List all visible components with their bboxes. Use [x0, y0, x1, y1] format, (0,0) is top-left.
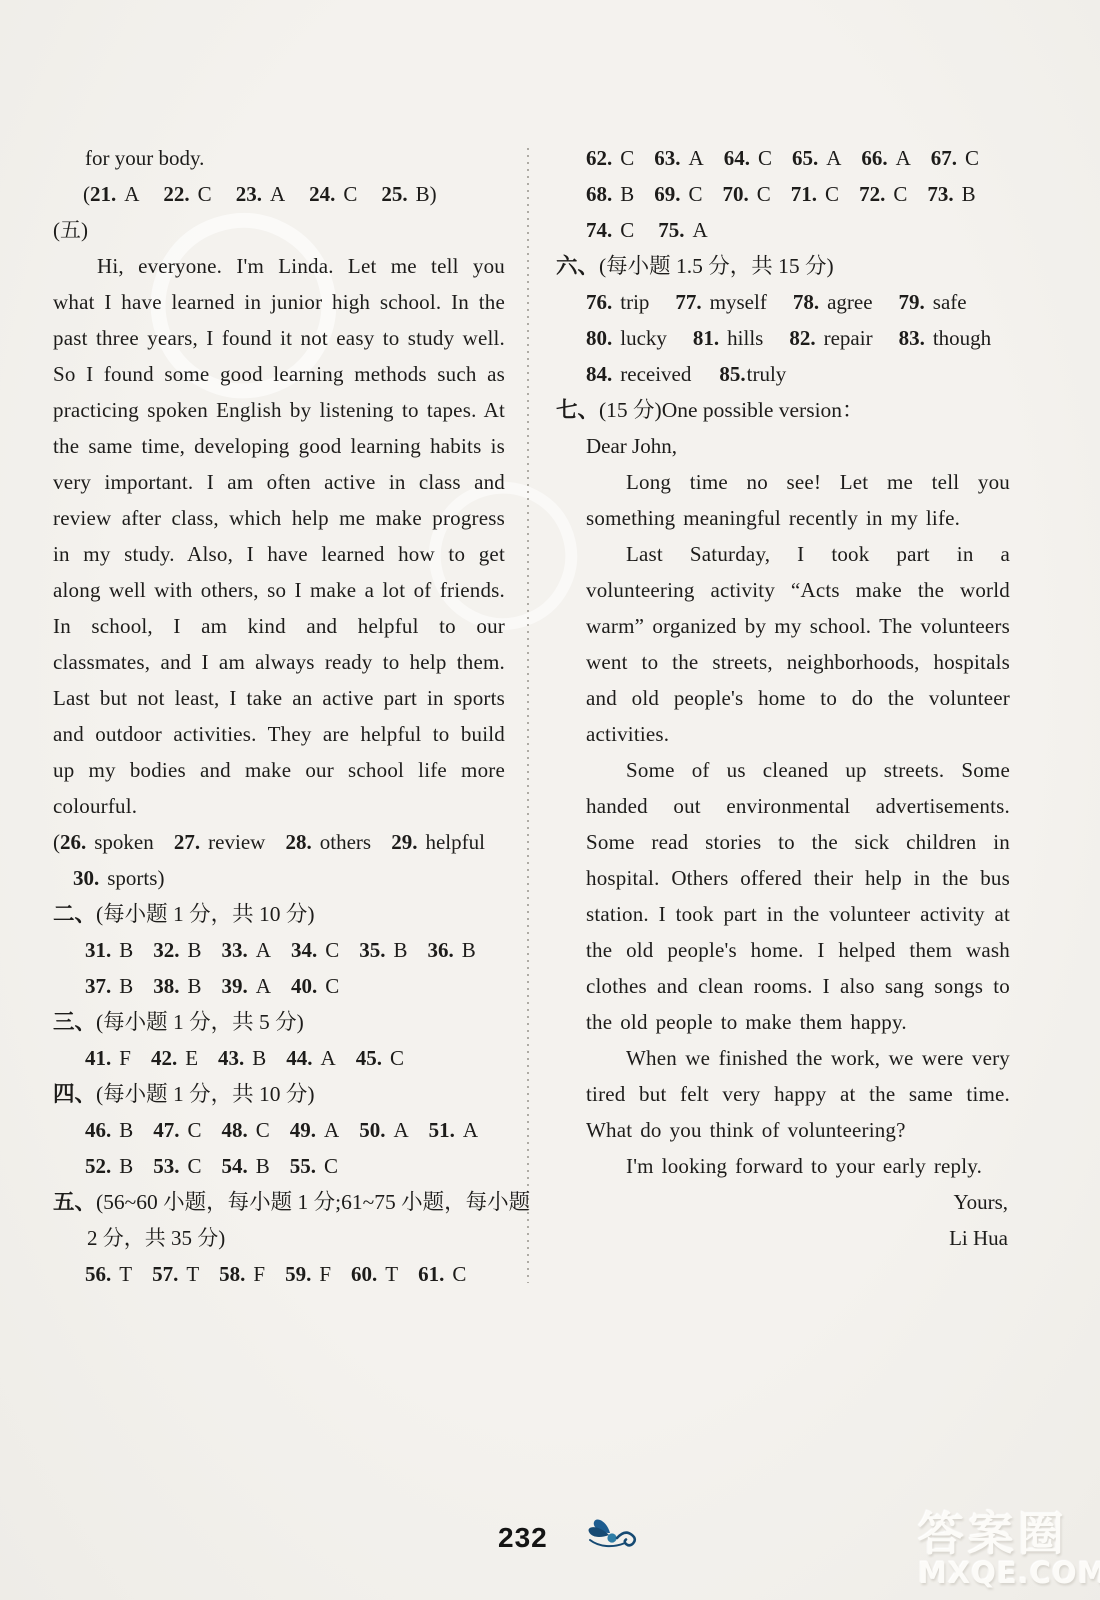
- answer-item: 42.E: [151, 1040, 198, 1076]
- part-five-label: (五): [53, 212, 505, 248]
- section-3-header: 三、(每小题 1 分，共 5 分): [53, 1004, 505, 1040]
- answer-item: 61.C: [418, 1256, 466, 1292]
- answer-item: 59.F: [285, 1256, 331, 1292]
- answer-item: 73.B: [927, 176, 975, 212]
- answer-item: 69.C: [654, 176, 702, 212]
- section-7-score: (15 分)One possible version：: [599, 398, 864, 422]
- answer-site-url-watermark: MXQE.COM: [918, 1556, 1100, 1590]
- answer-item: 23.A: [236, 176, 285, 212]
- answer-item: 36.B: [427, 932, 475, 968]
- answer-item: 48.C: [222, 1112, 270, 1148]
- answer-item: 29.helpful: [391, 824, 485, 860]
- answer-item: 52.B: [85, 1148, 133, 1184]
- section-7-number: 七、: [556, 398, 599, 422]
- answer-item: 85.truly: [719, 356, 786, 392]
- answer-item: 39.A: [222, 968, 271, 1004]
- answer-item: 78.agree: [793, 284, 873, 320]
- answer-item: 41.F: [85, 1040, 131, 1076]
- answer-row-31-36: 31.B32.B33.A34.C35.B36.B: [53, 932, 505, 968]
- answer-item: 28.others: [285, 824, 371, 860]
- essay-paragraph-5: I'm looking forward to your early reply.: [586, 1148, 1010, 1184]
- answer-item: 77.myself: [675, 284, 766, 320]
- answer-item: 25.B): [381, 176, 436, 212]
- answer-row-84-85: 84.received85.truly: [556, 356, 1010, 392]
- essay-paragraph-3: Some of us cleaned up streets. Some hand…: [586, 752, 1010, 1040]
- answer-item: 65.A: [792, 140, 841, 176]
- answer-item: 40.C: [291, 968, 339, 1004]
- answer-item: (21.A: [83, 176, 139, 212]
- answer-item: 60.T: [351, 1256, 398, 1292]
- answer-item: 80.lucky: [586, 320, 667, 356]
- section-3-number: 三、: [53, 1010, 96, 1034]
- answer-item: 74.C: [586, 212, 634, 248]
- answer-item: 55.C: [290, 1148, 338, 1184]
- answer-item: 50.A: [359, 1112, 408, 1148]
- answer-row-30: 30.sports): [53, 860, 505, 896]
- answer-row-41-45: 41.F42.E43.B44.A45.C: [53, 1040, 505, 1076]
- answer-item: 72.C: [859, 176, 907, 212]
- section-2-header: 二、(每小题 1 分，共 10 分): [53, 896, 505, 932]
- answer-item: 34.C: [291, 932, 339, 968]
- answer-item: 33.A: [222, 932, 271, 968]
- section-6-header: 六、(每小题 1.5 分，共 15 分): [556, 248, 1010, 284]
- answer-item: 27.review: [174, 824, 265, 860]
- left-column: for your body. (21.A22.C23.A24.C25.B) (五…: [53, 140, 505, 1292]
- answer-item: 44.A: [286, 1040, 335, 1076]
- section-3-score: (每小题 1 分，共 5 分): [96, 1010, 304, 1034]
- answer-item: 56.T: [85, 1256, 132, 1292]
- answer-row-68-73: 68.B69.C70.C71.C72.C73.B: [556, 176, 1010, 212]
- answer-item: 64.C: [724, 140, 772, 176]
- essay-signature: Li Hua: [586, 1220, 1010, 1256]
- section-5-header: 五、(56~60 小题，每小题 1 分;61~75 小题，每小题: [53, 1184, 505, 1220]
- answer-site-watermark: 答案圈: [918, 1498, 1068, 1564]
- answer-row-37-40: 37.B38.B39.A40.C: [53, 968, 505, 1004]
- answer-item: 47.C: [153, 1112, 201, 1148]
- answer-item: 38.B: [153, 968, 201, 1004]
- answer-row-52-55: 52.B53.C54.B55.C: [53, 1148, 505, 1184]
- answer-item: 54.B: [222, 1148, 270, 1184]
- column-divider: [527, 148, 529, 1283]
- answer-item: 62.C: [586, 140, 634, 176]
- answer-item: 67.C: [931, 140, 979, 176]
- answer-row-80-83: 80.lucky81.hills82.repair83.though: [556, 320, 1010, 356]
- answer-item: 68.B: [586, 176, 634, 212]
- answer-item: 84.received: [586, 356, 691, 392]
- answer-row-56-61: 56.T57.T58.F59.F60.T61.C: [53, 1256, 505, 1292]
- answer-row-21-25: (21.A22.C23.A24.C25.B): [53, 176, 505, 212]
- model-essay: Dear John, Long time no see! Let me tell…: [556, 428, 1010, 1256]
- answer-item: 75.A: [658, 212, 707, 248]
- right-column: 62.C63.A64.C65.A66.A67.C 68.B69.C70.C71.…: [556, 140, 1010, 1256]
- section-7-header: 七、(15 分)One possible version：: [556, 392, 1010, 428]
- answer-item: 81.hills: [693, 320, 763, 356]
- essay-paragraph-1: Long time no see! Let me tell you someth…: [586, 464, 1010, 536]
- essay-salutation: Dear John,: [586, 428, 1010, 464]
- answer-row-62-67: 62.C63.A64.C65.A66.A67.C: [556, 140, 1010, 176]
- answer-row-76-79: 76.trip77.myself78.agree79.safe: [556, 284, 1010, 320]
- answer-item: 46.B: [85, 1112, 133, 1148]
- answer-item: 83.though: [899, 320, 992, 356]
- answer-row-26-29: (26.spoken27.review28.others29.helpful: [53, 824, 505, 860]
- section-5-score-continued: 2 分，共 35 分): [53, 1220, 505, 1256]
- answer-item: 53.C: [153, 1148, 201, 1184]
- answer-item: 22.C: [163, 176, 211, 212]
- answer-item: 82.repair: [789, 320, 872, 356]
- essay-closing: Yours,: [586, 1184, 1010, 1220]
- section-6-score: (每小题 1.5 分，共 15 分): [599, 254, 834, 278]
- essay-paragraph-4: When we finished the work, we were very …: [586, 1040, 1010, 1148]
- answer-item: 71.C: [791, 176, 839, 212]
- answer-item: 30.sports): [73, 860, 164, 896]
- answer-row-46-51: 46.B47.C48.C49.A50.A51.A: [53, 1112, 505, 1148]
- section-4-score: (每小题 1 分，共 10 分): [96, 1082, 315, 1106]
- section-2-number: 二、: [53, 902, 96, 926]
- essay-paragraph-2: Last Saturday, I took part in a voluntee…: [586, 536, 1010, 752]
- section-6-number: 六、: [556, 254, 599, 278]
- answer-item: 57.T: [152, 1256, 199, 1292]
- answer-item: 51.A: [429, 1112, 478, 1148]
- answer-item: 63.A: [654, 140, 703, 176]
- answer-item: (26.spoken: [53, 824, 154, 860]
- answer-item: 43.B: [218, 1040, 266, 1076]
- answer-item: 24.C: [309, 176, 357, 212]
- answer-item: 35.B: [359, 932, 407, 968]
- butterfly-flourish-icon: [583, 1516, 641, 1561]
- listening-passage: Hi, everyone. I'm Linda. Let me tell you…: [53, 248, 505, 824]
- section-2-score: (每小题 1 分，共 10 分): [96, 902, 315, 926]
- section-5-score: (56~60 小题，每小题 1 分;61~75 小题，每小题: [96, 1190, 530, 1214]
- paragraph-tail-line: for your body.: [53, 140, 505, 176]
- answer-item: 58.F: [219, 1256, 265, 1292]
- answer-item: 31.B: [85, 932, 133, 968]
- answer-row-74-75: 74.C75.A: [556, 212, 1010, 248]
- section-4-number: 四、: [53, 1082, 96, 1106]
- answer-item: 32.B: [153, 932, 201, 968]
- section-4-header: 四、(每小题 1 分，共 10 分): [53, 1076, 505, 1112]
- page-number: 232: [498, 1522, 568, 1554]
- answer-item: 76.trip: [586, 284, 649, 320]
- section-5-number: 五、: [53, 1190, 96, 1214]
- answer-item: 37.B: [85, 968, 133, 1004]
- answer-item: 70.C: [723, 176, 771, 212]
- answer-item: 49.A: [290, 1112, 339, 1148]
- answer-item: 79.safe: [899, 284, 967, 320]
- answer-item: 66.A: [861, 140, 910, 176]
- answer-item: 45.C: [356, 1040, 404, 1076]
